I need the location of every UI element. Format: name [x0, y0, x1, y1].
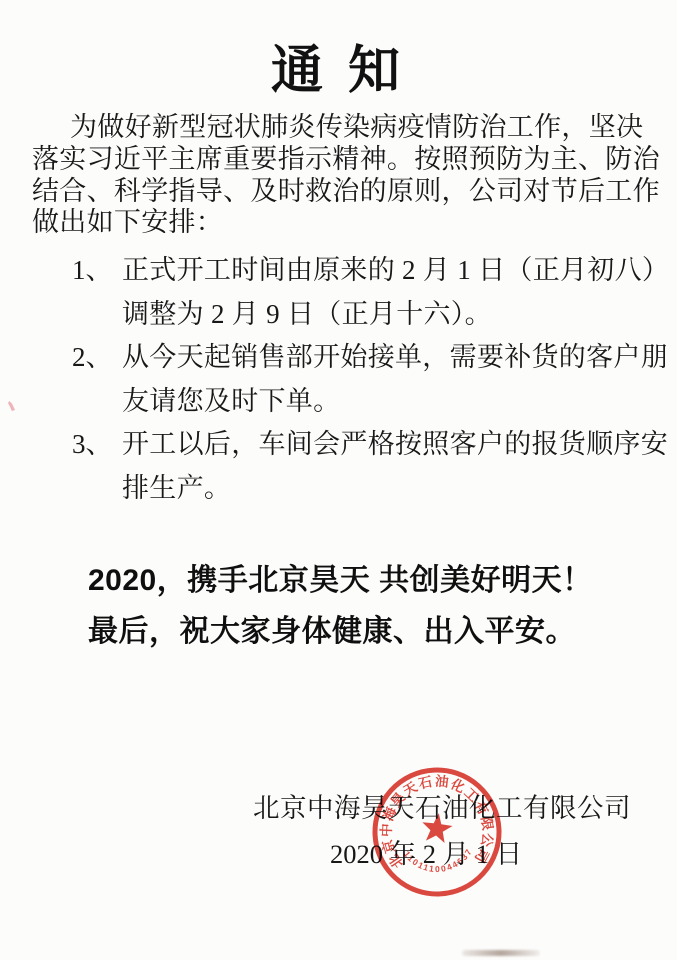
- list-number: 2、: [72, 336, 113, 380]
- list-line: 开工以后，车间会严格按照客户的报货顺序安: [122, 423, 677, 467]
- page-title: 通 知: [0, 40, 677, 104]
- scan-smudge-artifact: [462, 950, 540, 956]
- list-item-3: 3、 开工以后，车间会严格按照客户的报货顺序安 排生产。: [0, 423, 677, 510]
- intro-line: 结合、科学指导、及时救治的原则，公司对节后工作: [32, 176, 648, 208]
- list-number: 3、: [72, 423, 113, 467]
- list-line: 排生产。: [122, 467, 677, 511]
- intro-paragraph: 为做好新型冠状肺炎传染病疫情防治工作，坚决 落实习近平主席重要指示精神。按照预防…: [32, 112, 648, 239]
- seal-star: [420, 811, 454, 843]
- list-item-2: 2、 从今天起销售部开始接单，需要补货的客户朋 友请您及时下单。: [0, 336, 677, 423]
- emphasis-block: 2020，携手北京昊天 共创美好明天！ 最后，祝大家身体健康、出入平安。: [88, 555, 593, 657]
- seal-number: 1101110044637: [401, 846, 475, 876]
- list-item-1: 1、 正式开工时间由原来的 2 月 1 日（正月初八） 调整为 2 月 9 日（…: [0, 249, 677, 336]
- list-number: 1、: [72, 249, 113, 293]
- intro-line: 为做好新型冠状肺炎传染病疫情防治工作，坚决: [32, 112, 648, 144]
- intro-line: 做出如下安排：: [32, 207, 648, 239]
- svg-text:1101110044637: 1101110044637: [401, 846, 475, 876]
- emphasis-line-1: 2020，携手北京昊天 共创美好明天！: [88, 555, 593, 606]
- emphasis-line-2: 最后，祝大家身体健康、出入平安。: [88, 606, 593, 657]
- list-line: 调整为 2 月 9 日（正月十六）。: [122, 293, 677, 337]
- list-line: 正式开工时间由原来的 2 月 1 日（正月初八）: [122, 249, 677, 293]
- list-line: 从今天起销售部开始接单，需要补货的客户朋: [122, 336, 677, 380]
- notice-document: 通 知 为做好新型冠状肺炎传染病疫情防治工作，坚决 落实习近平主席重要指示精神。…: [0, 0, 677, 960]
- intro-line: 落实习近平主席重要指示精神。按照预防为主、防治: [32, 144, 648, 176]
- list-line: 友请您及时下单。: [122, 380, 677, 424]
- company-seal: 北京中海昊天石油化工有限公司 1101110044637: [363, 758, 510, 905]
